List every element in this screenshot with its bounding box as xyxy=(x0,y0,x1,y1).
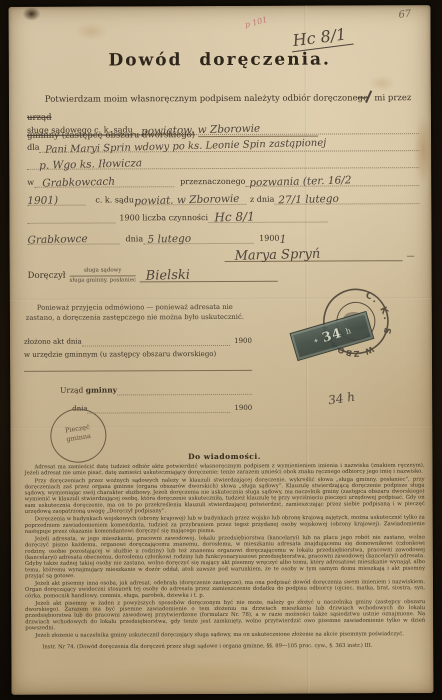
purpose-label: przeznaczonego xyxy=(180,177,245,187)
rule-line-long xyxy=(24,370,252,372)
notice-paragraph: Jeżeli adresata, w jego mieszkaniu, prac… xyxy=(25,534,425,579)
dateline-year: 1900 xyxy=(259,234,279,244)
case-year: 1900 xyxy=(119,213,139,222)
notice-heading: Do wiadomości. xyxy=(24,451,424,462)
foxing-spot-1 xyxy=(75,22,109,40)
deliverer-options: sługa sądowy sługa gminny, posłaniec xyxy=(69,267,136,285)
recipient-signature-row: Marya Spryń — xyxy=(225,243,415,262)
court-date-row: 1901) c. k. sądu powiat. w Zborowie z dn… xyxy=(27,187,419,206)
notice-paragraph: Jeżeli akt pisemny inna osoba, jak adres… xyxy=(25,579,425,599)
deposit-date-row: złożono akt dnia 1900 xyxy=(24,332,252,347)
red-pencil-note: p 101 xyxy=(244,15,268,29)
stamp-unit: h xyxy=(345,326,352,336)
case-number-label: liczba czynności xyxy=(142,213,208,222)
dateline-day-label: dnia xyxy=(125,234,143,244)
intro-text: Potwierdzam moim własnoręcznym podpisem … xyxy=(45,93,358,104)
form-reference-footer: Instr. Nr 74. (Dowód doręczenia dla dorę… xyxy=(25,642,425,650)
fee-note-handwritten: 34 h xyxy=(327,390,356,408)
of-date-label: z dnia xyxy=(250,195,274,205)
representative-handwritten: p. Wgo ks. Iłowicza xyxy=(39,158,142,171)
stamp-ornament: ✦ xyxy=(312,336,320,345)
court-officer-label: sługę sądowego c. k. sądu xyxy=(27,125,133,135)
year-continuation-handwritten: 1901) xyxy=(27,195,58,206)
page-number-annotation: 67 xyxy=(398,9,412,21)
court-officer-row: sługę sądowego c. k. sądu powiatow. w Zb… xyxy=(27,118,419,136)
option-commune-servant: sługa gminny, posłaniec xyxy=(70,276,137,285)
of-date-handwritten: 27/1 lutego xyxy=(278,193,339,205)
recipient-signature: Marya Spryń xyxy=(234,248,320,263)
option-court-servant: sługa sądowy xyxy=(69,267,136,277)
deliverer-label: Doręczył xyxy=(28,270,66,281)
document-title: Dowód doręczenia. xyxy=(9,49,431,71)
notice-paragraph: Adresat ma zamieścić datę tudzież odbiór… xyxy=(24,462,424,476)
notice-paragraph: Przy doręczeniach przez woźnych sądowych… xyxy=(25,476,425,515)
handwritten-deletion-mark xyxy=(365,90,372,103)
document-paper: 67 p 101 Hc 8/1 Dowód doręczenia. Potwie… xyxy=(9,5,434,695)
stamp-value: 34 xyxy=(321,326,344,346)
commune-office-line: w urzędzie gminnym (u zastępcy obszaru d… xyxy=(24,350,252,359)
dateline-place-handwritten: Grabkowce xyxy=(27,233,87,245)
notice-paragraph: Jeżeli złożenie u naczelnika gminy uskut… xyxy=(25,631,425,639)
dateline-row: Grabkowce dnia 5 lutego 1900 1 xyxy=(27,227,327,245)
court-label: c. k. sądu xyxy=(95,195,134,205)
place-label: w xyxy=(27,178,34,188)
office-label-bold: gminny xyxy=(86,385,117,394)
commune-office-date-row: dnia 1900 xyxy=(72,399,252,414)
refusal-clause: Ponieważ przyjęcia odmówiono — ponieważ … xyxy=(24,302,246,323)
commune-office-signature-row: Urząd gminny xyxy=(60,381,252,396)
office-date-year: 1900 xyxy=(234,404,252,413)
recipient-row: dla Pani Maryi Sprin wdowy po ks. Leonie… xyxy=(27,134,419,153)
deliverer-row: Doręczył sługa sądowy sługa gminny, posł… xyxy=(28,264,278,287)
notice-section: Do wiadomości. Adresat ma zamieścić datę… xyxy=(24,451,425,683)
deposit-year: 1900 xyxy=(234,337,252,346)
office-label: Urząd xyxy=(60,386,83,395)
intro-text-mid: mi przez xyxy=(374,93,411,103)
place-handwritten: Grabkowcach xyxy=(42,176,115,188)
notice-paragraph: Jeżeli akt pisemny w żaden z powyższych … xyxy=(25,599,425,631)
place-purpose-row: w Grabkowcach przeznaczonego pozwania (t… xyxy=(27,169,419,188)
deliverer-signature: Bielski xyxy=(146,268,191,282)
notice-paragraph: Doręczenia w budynkach wojskowych (obron… xyxy=(25,514,425,534)
dateline-date-handwritten: 5 lutego xyxy=(147,233,191,245)
torn-corner-stain xyxy=(23,7,41,21)
recipient-row-2: p. Wgo ks. Iłowicza xyxy=(27,152,419,170)
recipient-label: dla xyxy=(27,143,39,153)
deposit-date-label: złożono akt dnia xyxy=(24,338,82,347)
case-number-handwritten: Hc 8/1 xyxy=(214,210,255,223)
stamp-area: C. K. S. W ZBOROWIE ✦ 34 h 34 h xyxy=(288,273,429,419)
file-number-annotation: Hc 8/1 xyxy=(290,24,354,53)
case-number-row: 1900 liczba czynności Hc 8/1 xyxy=(27,206,327,224)
court-value-handwritten: powiat. w Zborowie xyxy=(134,193,239,206)
purpose-handwritten: pozwania (ter. 16/2 xyxy=(249,175,351,188)
